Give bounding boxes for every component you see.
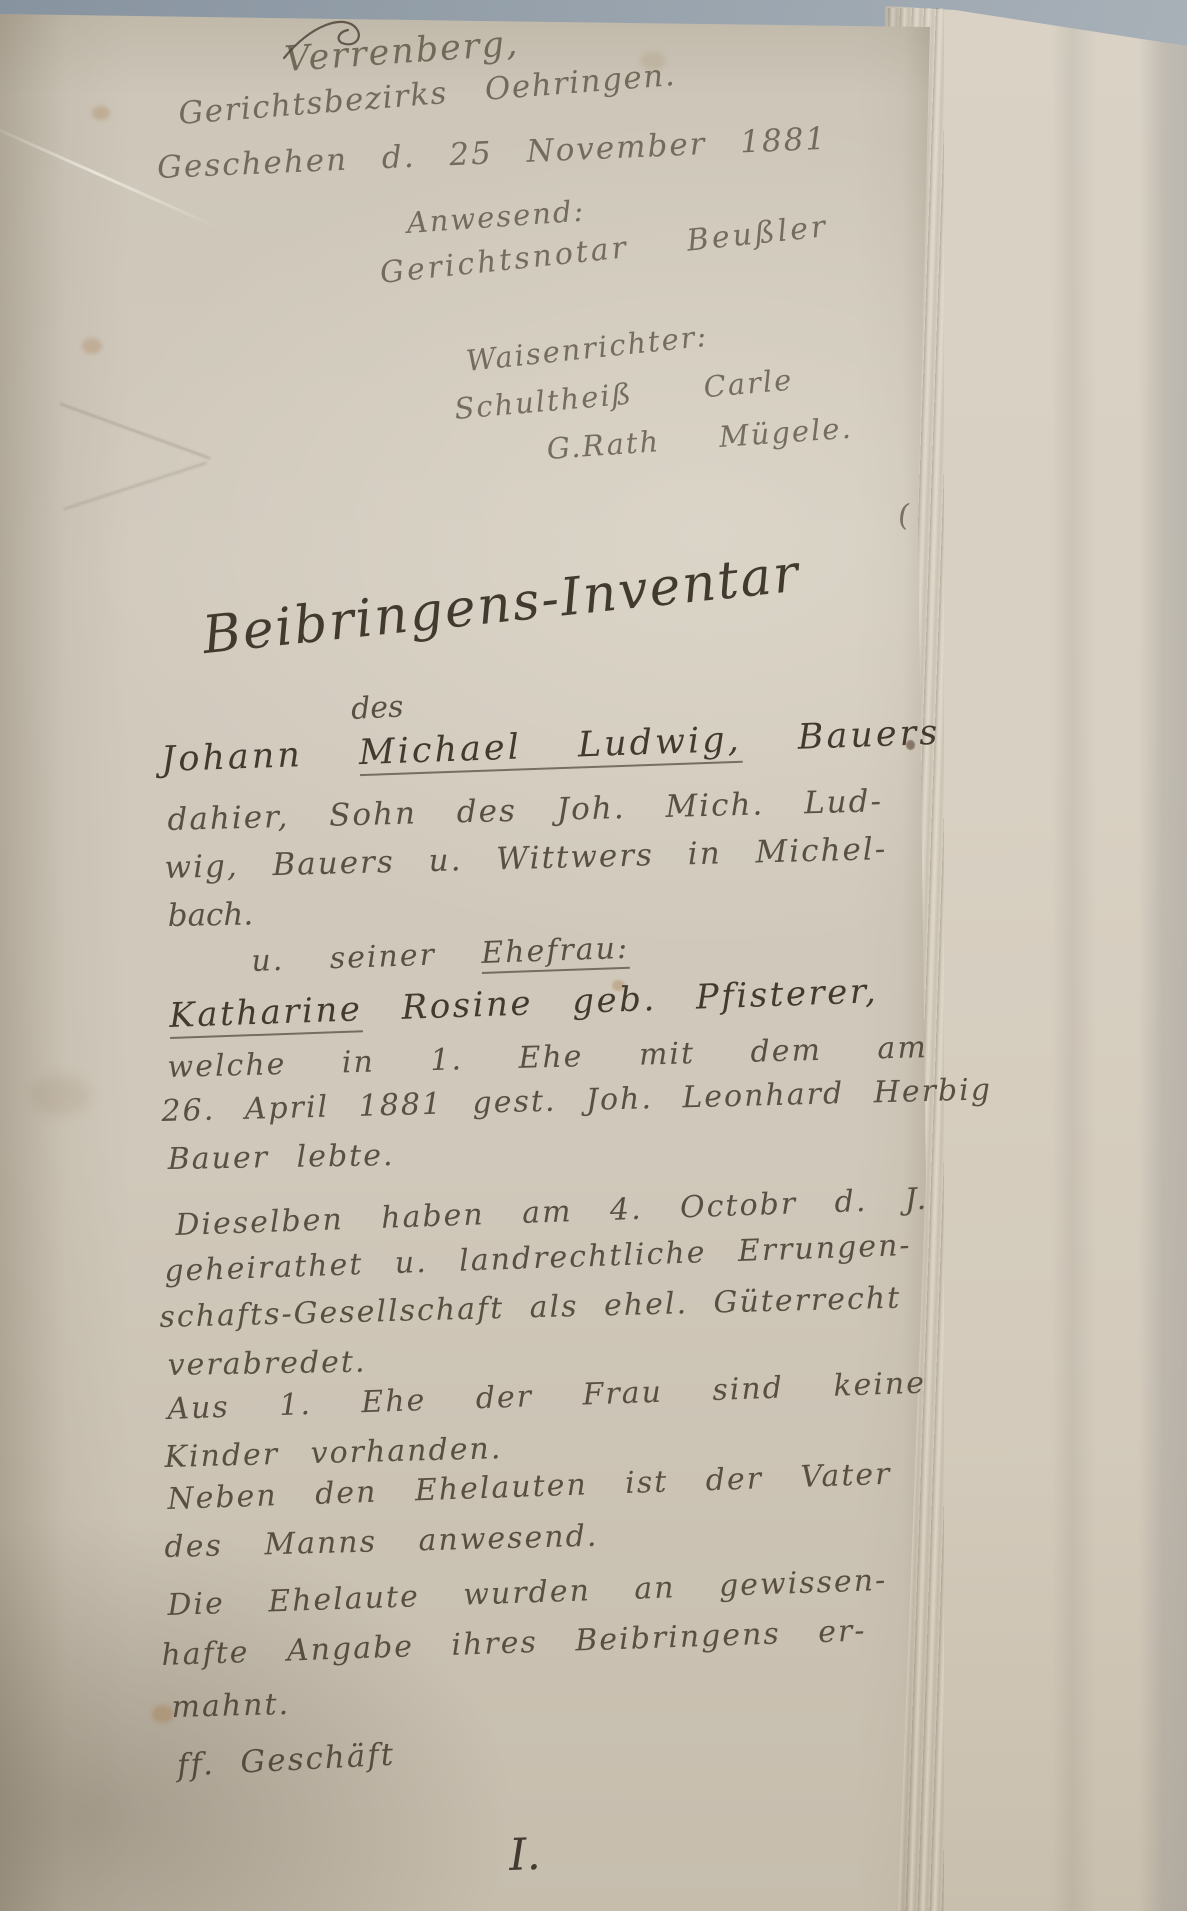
paper-crease — [63, 462, 206, 510]
husband-first-name: Johann — [161, 733, 360, 780]
husband-occupation: Bauers — [741, 713, 941, 760]
ink-stain — [82, 338, 102, 354]
wife-intro-underlined: Ehefrau: — [481, 931, 630, 974]
husband-line-4: bach. — [167, 897, 253, 934]
page-number-mark: I. — [508, 1829, 541, 1881]
admonition-line-3: mahnt. — [171, 1687, 290, 1725]
photo-background: ( Verrenberg, Gerichtsbezirks Oehringen.… — [0, 0, 1187, 1911]
title-connector: des — [350, 689, 404, 727]
ink-stain — [30, 1075, 90, 1115]
wife-name-underlined: Katharine — [169, 989, 364, 1039]
ink-stain — [92, 106, 110, 120]
wife-line-4: Bauer lebte. — [167, 1138, 394, 1177]
marriage-line-4: verabredet. — [167, 1345, 366, 1383]
paper-crease — [59, 403, 210, 460]
